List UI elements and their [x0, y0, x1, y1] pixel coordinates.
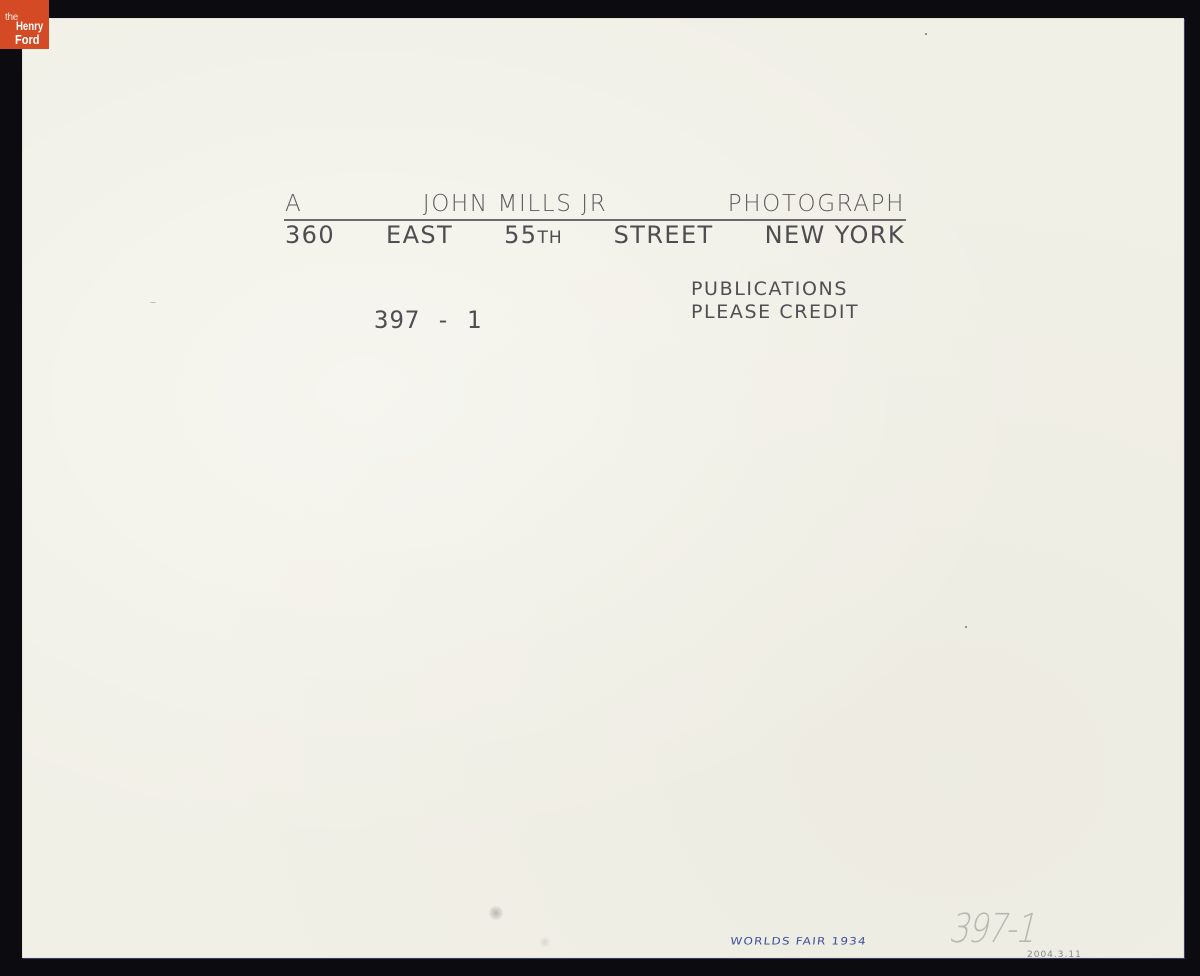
henry-ford-logo: the Henry Ford: [0, 0, 49, 49]
publications-credit-stamp: PUBLICATIONS PLEASE CREDIT: [691, 278, 859, 324]
paper-speck: [150, 302, 156, 303]
paper-smudge: [540, 936, 550, 948]
paper-speck: [925, 33, 927, 35]
logo-ford: Ford: [15, 33, 40, 46]
credit-line-1: PUBLICATIONS: [691, 278, 859, 301]
credit-line-2: PLEASE CREDIT: [691, 301, 859, 324]
handwritten-accession-number: 2004.3.11: [1027, 950, 1082, 960]
paper-speck: [965, 626, 967, 628]
address-number: 360: [285, 221, 335, 249]
paper-texture: [22, 18, 1184, 958]
address-street-number: 55TH: [504, 221, 563, 249]
address-east: EAST: [386, 221, 453, 249]
stamp-photographer-name: JOHN MILLS JR: [423, 191, 607, 217]
address-city: NEW YORK: [765, 221, 905, 249]
stamp-word-photograph: PHOTOGRAPH: [728, 191, 905, 217]
handwritten-worlds-fair-note: WORLDS FAIR 1934: [730, 935, 868, 947]
handwritten-pencil-number: 397-1: [946, 906, 1042, 952]
stamp-word-a: A: [285, 191, 302, 217]
paper-smudge: [489, 905, 503, 921]
photographer-stamp-line1: A JOHN MILLS JR PHOTOGRAPH: [285, 191, 905, 217]
photograph-back: [22, 18, 1184, 958]
photographer-address: 360 EAST 55TH STREET NEW YORK: [285, 221, 905, 249]
negative-number-stamp: 397 - 1: [374, 306, 482, 334]
logo-henry: Henry: [16, 20, 43, 32]
address-street: STREET: [614, 221, 714, 249]
